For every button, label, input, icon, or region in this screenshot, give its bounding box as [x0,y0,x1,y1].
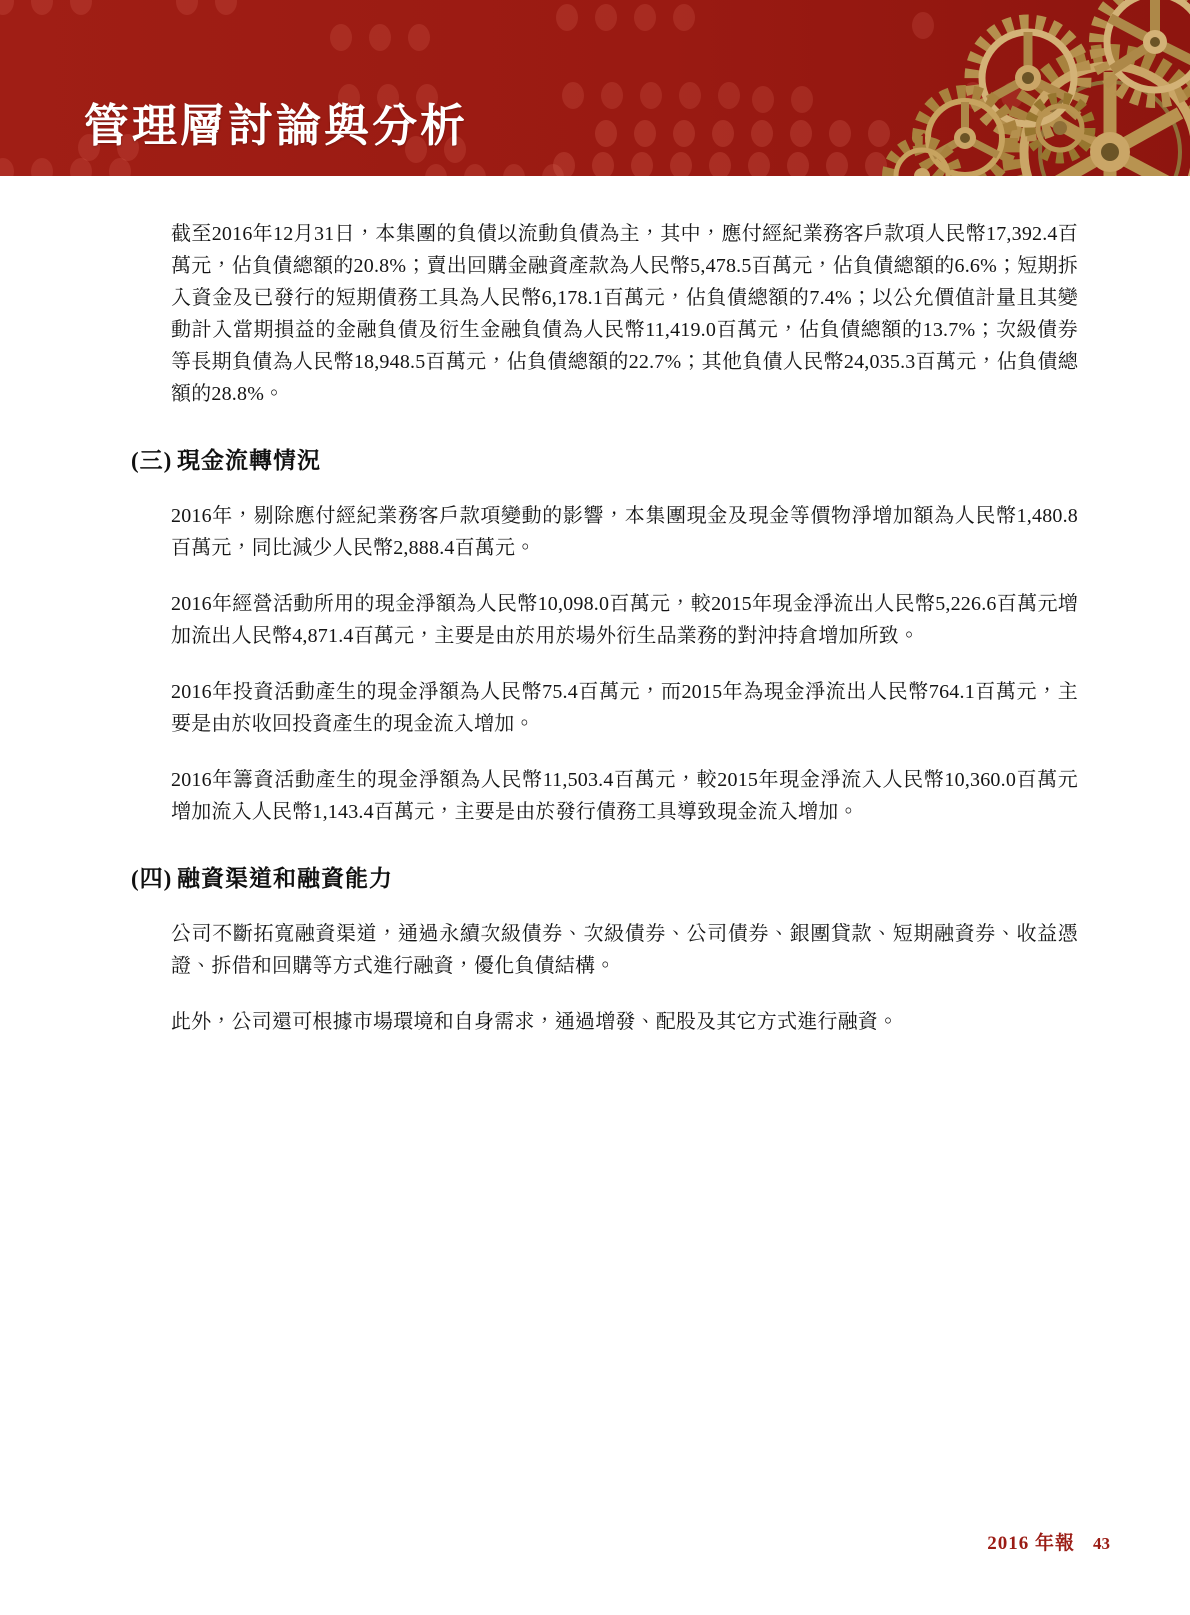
paragraph: 公司不斷拓寬融資渠道，通過永續次級債券、次級債券、公司債券、銀團貸款、短期融資券… [171,918,1078,982]
section-heading-cash-flow: (三) 現金流轉情況 [131,446,1078,476]
header-banner: 管理層討論與分析 [0,0,1190,176]
report-year-label: 2016 年報 [987,1528,1075,1555]
paragraph: 2016年投資活動產生的現金淨額為人民幣75.4百萬元，而2015年為現金淨流出… [171,676,1078,740]
dot-pattern [562,82,740,109]
paragraph: 此外，公司還可根據市場環境和自身需求，通過增發、配股及其它方式進行融資。 [171,1006,1078,1038]
page-number: 43 [1093,1534,1110,1554]
page-footer: 2016 年報 43 [987,1528,1110,1555]
paragraph-intro: 截至2016年12月31日，本集團的負債以流動負債為主，其中，應付經紀業務客戶款… [171,218,1078,410]
section-heading-financing: (四) 融資渠道和融資能力 [131,864,1078,894]
dot-pattern [0,158,131,176]
section-number: (三) [131,446,177,476]
dot-pattern [0,0,92,15]
section-title: 現金流轉情況 [177,446,321,476]
dot-pattern [330,24,430,51]
section-number: (四) [131,864,177,894]
dot-pattern [176,0,237,15]
paragraph: 2016年，剔除應付經紀業務客戶款項變動的影響，本集團現金及現金等價物淨增加額為… [171,500,1078,564]
gears-image [760,0,1190,176]
paragraph: 2016年經營活動所用的現金淨額為人民幣10,098.0百萬元，較2015年現金… [171,588,1078,652]
dot-pattern [556,4,695,31]
report-page: 管理層討論與分析 截至2016年12月31日，本集團的負債以流動負債為主，其中，… [0,0,1190,1615]
dot-pattern [425,164,564,176]
paragraph: 2016年籌資活動產生的現金淨額為人民幣11,503.4百萬元，較2015年現金… [171,764,1078,828]
document-content: 截至2016年12月31日，本集團的負債以流動負債為主，其中，應付經紀業務客戶款… [0,176,1190,1062]
section-title: 融資渠道和融資能力 [177,864,393,894]
page-title: 管理層討論與分析 [84,102,468,152]
